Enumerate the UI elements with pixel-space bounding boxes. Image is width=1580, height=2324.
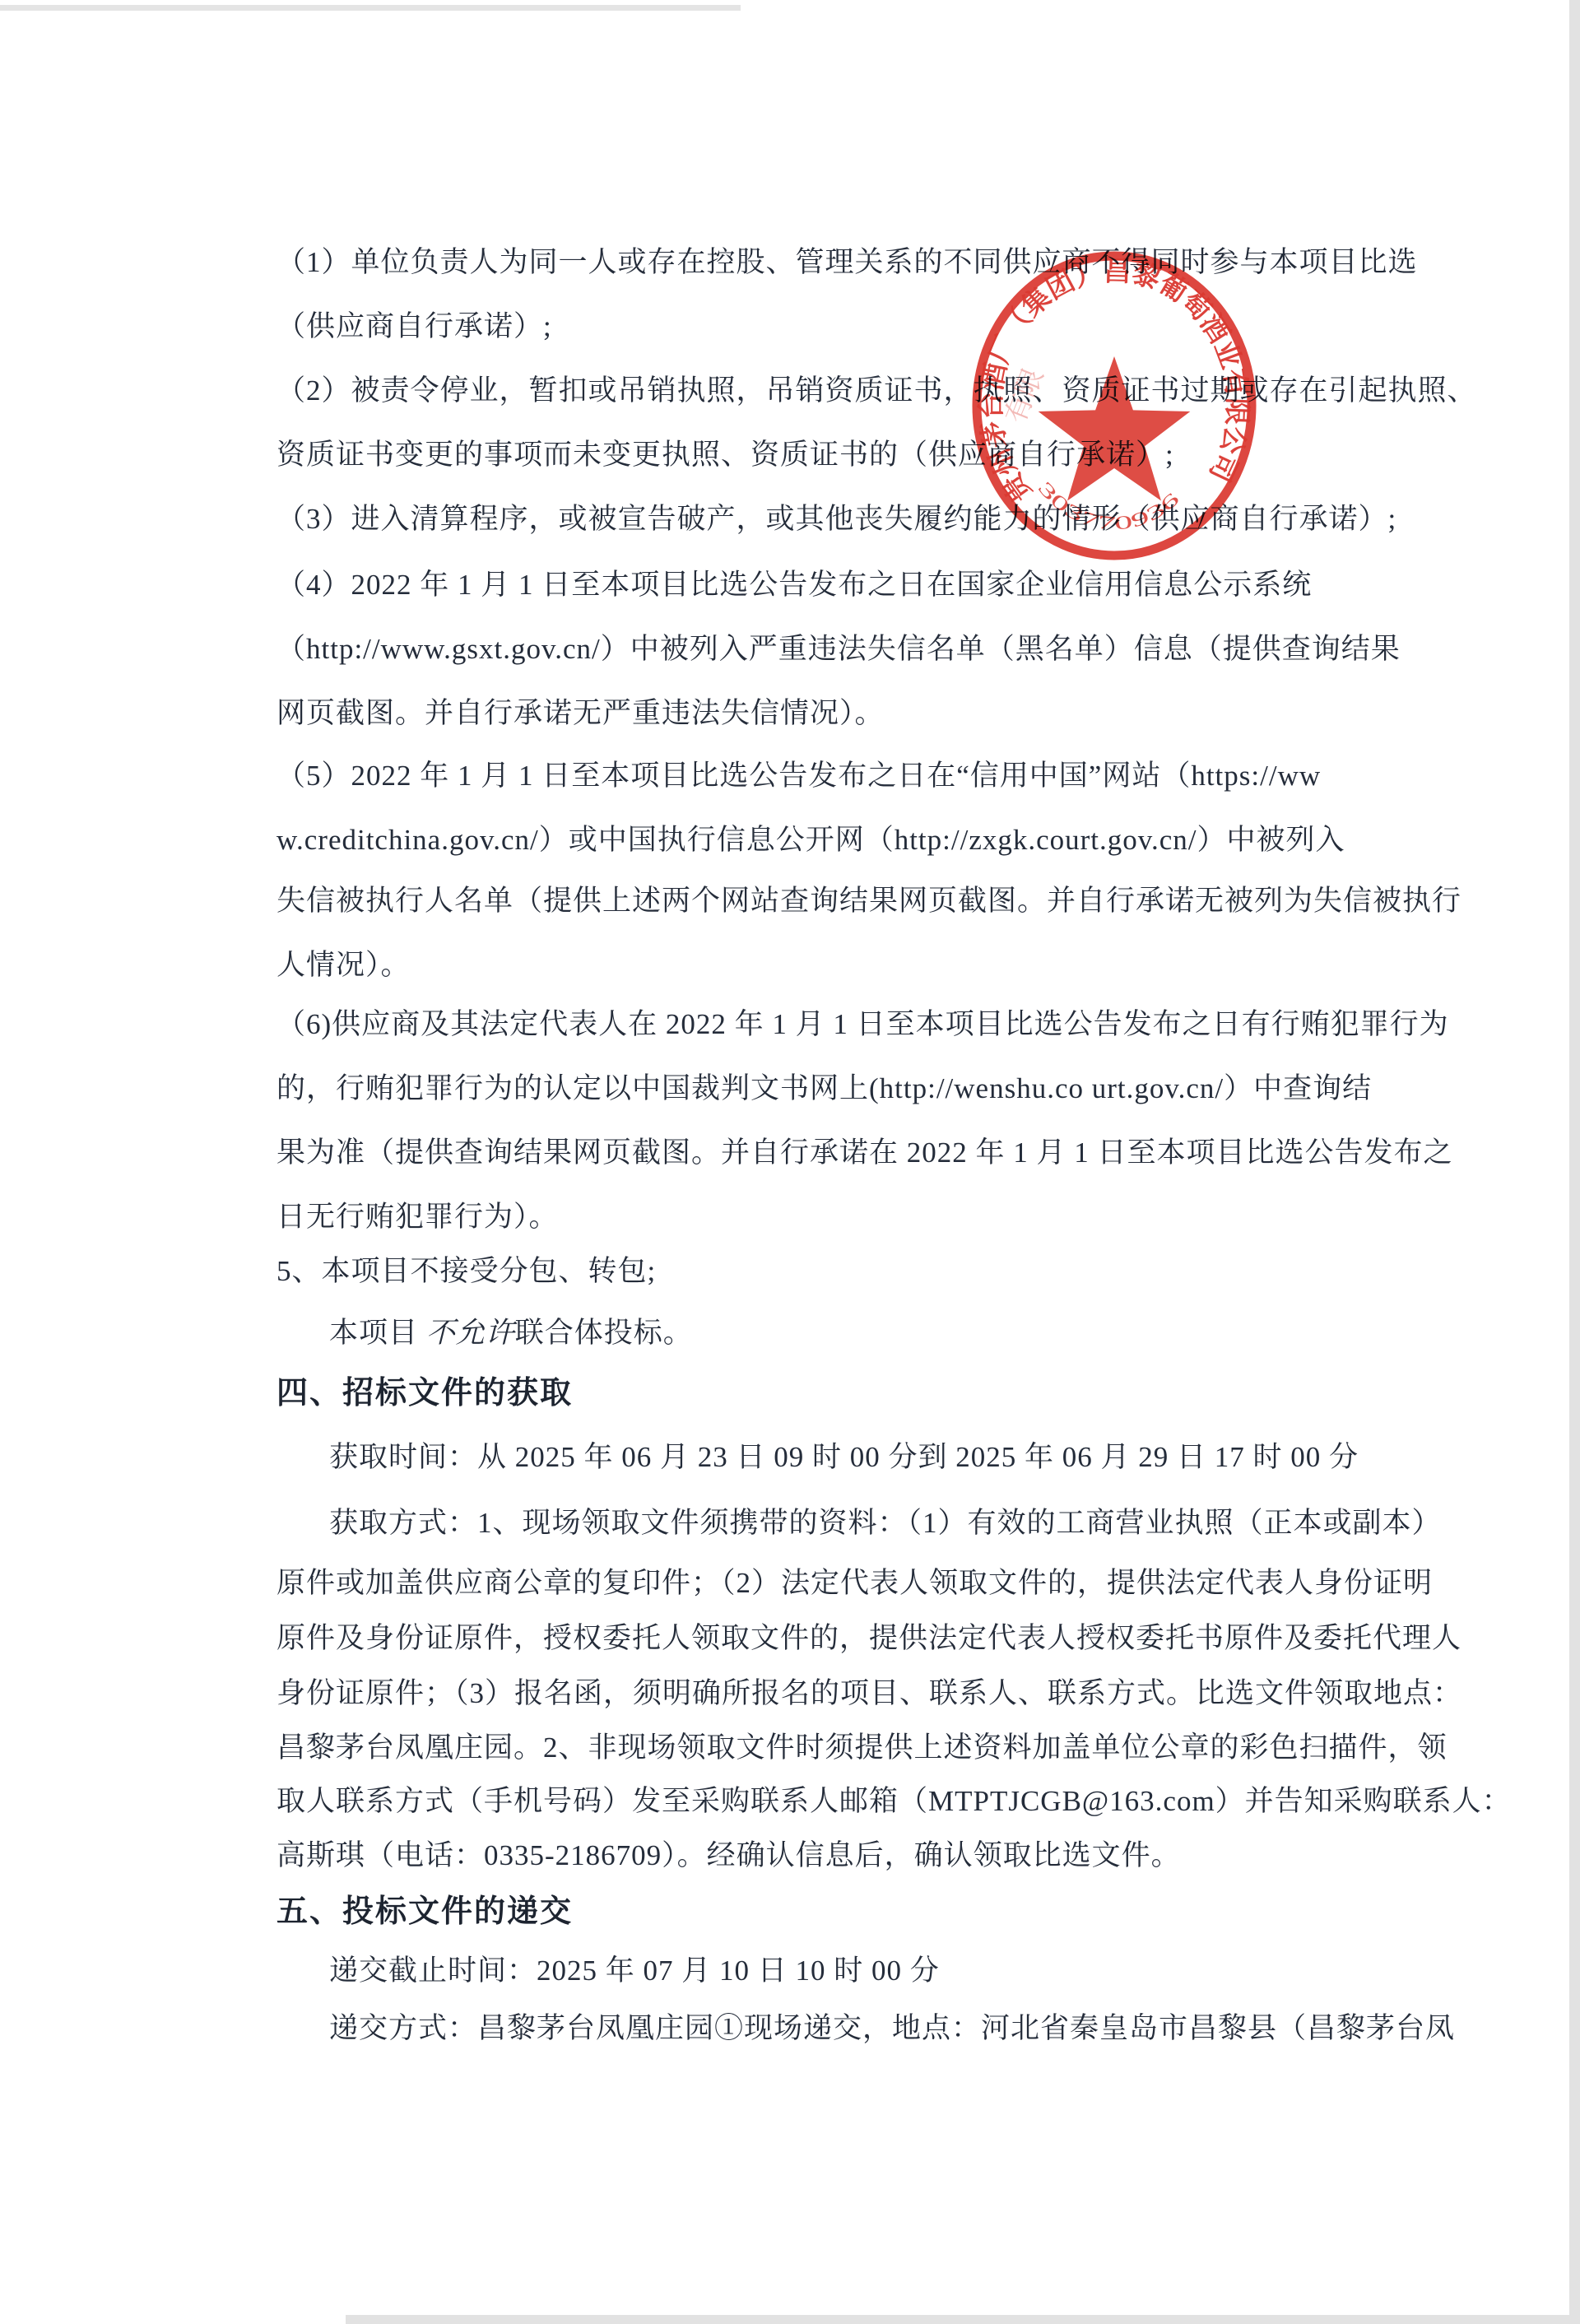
text-line: 取人联系方式（手机号码）发至采购联系人邮箱（MTPTJCGB@163.com）并… [276,1783,1512,1820]
section-heading-obtain-docs: 四、招标文件的获取 [276,1373,573,1414]
text-line: 的，行贿犯罪行为的认定以中国裁判文书网上(http://wenshu.co ur… [276,1070,1372,1108]
text-line: 网页截图。并自行承诺无严重违法失信情况）。 [276,695,885,732]
text-line: 人情况）。 [276,946,411,984]
text-line: 原件或加盖供应商公章的复印件；（2）法定代表人领取文件的，提供法定代表人身份证明 [276,1564,1433,1602]
text-line: （4）2022 年 1 月 1 日至本项目比选公告发布之日在国家企业信用信息公示… [276,566,1312,604]
text-line: 身份证原件；（3）报名函，须明确所报名的项目、联系人、联系方式。比选文件领取地点… [276,1675,1462,1713]
section-heading-submit-bids: 五、投标文件的递交 [276,1891,573,1932]
text-line: w.creditchina.gov.cn/）或中国执行信息公开网（http://… [276,821,1345,859]
text-line: （6)供应商及其法定代表人在 2022 年 1 月 1 日至本项目比选公告发布之… [276,1006,1449,1043]
text-line: 果为准（提供查询结果网页截图。并自行承诺在 2022 年 1 月 1 日至本项目… [276,1134,1453,1172]
text-line: 获取方式：1、现场领取文件须携带的资料：（1）有效的工商营业执照（正本或副本） [329,1504,1442,1542]
text-line: 昌黎茅台凤凰庄园。2、非现场领取文件时须提供上述资料加盖单位公章的彩色扫描件，领 [276,1729,1448,1767]
text-line: 失信被执行人名单（提供上述两个网站查询结果网页截图。并自行承诺无被列为失信被执行 [276,882,1461,920]
stamp-star-icon [1039,356,1191,501]
text-line: （http://www.gsxt.gov.cn/）中被列入严重违法失信名单（黑名… [276,630,1401,668]
company-stamp: 贵州茅台酒厂（集团）昌黎葡萄酒业有限公司 303770936 有限 [966,245,1262,566]
text-line: 获取时间：从 2025 年 06 月 23 日 09 时 00 分到 2025 … [329,1439,1359,1476]
text-line: （2）被责令停业，暂扣或吊销执照，吊销资质证书，执照、资质证书过期或存在引起执照… [276,372,1477,410]
scan-edge-top [0,5,741,11]
text-line: 高斯琪（电话：0335-2186709）。经确认信息后，确认领取比选文件。 [276,1837,1181,1875]
text-segment: 联合体投标。 [515,1317,693,1349]
text-segment: 本项目 [329,1317,426,1349]
text-segment-italic: 不允许 [426,1317,515,1349]
scan-edge-right [1569,0,1580,2324]
text-line: 递交方式：昌黎茅台凤凰庄园①现场递交，地点：河北省秦皇岛市昌黎县（昌黎茅台凤 [329,2010,1455,2047]
text-line: 5、本项目不接受分包、转包; [276,1253,656,1290]
text-line: 递交截止时间：2025 年 07 月 10 日 10 时 00 分 [329,1952,940,1990]
text-line: 日无行贿犯罪行为）。 [276,1198,559,1236]
text-line: （5）2022 年 1 月 1 日至本项目比选公告发布之日在“信用中国”网站（h… [276,757,1321,795]
stamp-serial-number: 303770936 [1034,477,1183,534]
text-line: 原件及身份证原件，授权委托人领取文件的，提供法定代表人授权委托书原件及委托代理人 [276,1620,1461,1657]
text-line: （供应商自行承诺）; [276,308,552,346]
text-line-no-consortium: 本项目 不允许联合体投标。 [329,1314,693,1352]
document-page: （1）单位负责人为同一人或存在控股、管理关系的不同供应商不得同时参与本项目比选 … [0,0,1580,2324]
scan-edge-bottom [346,2315,1580,2324]
